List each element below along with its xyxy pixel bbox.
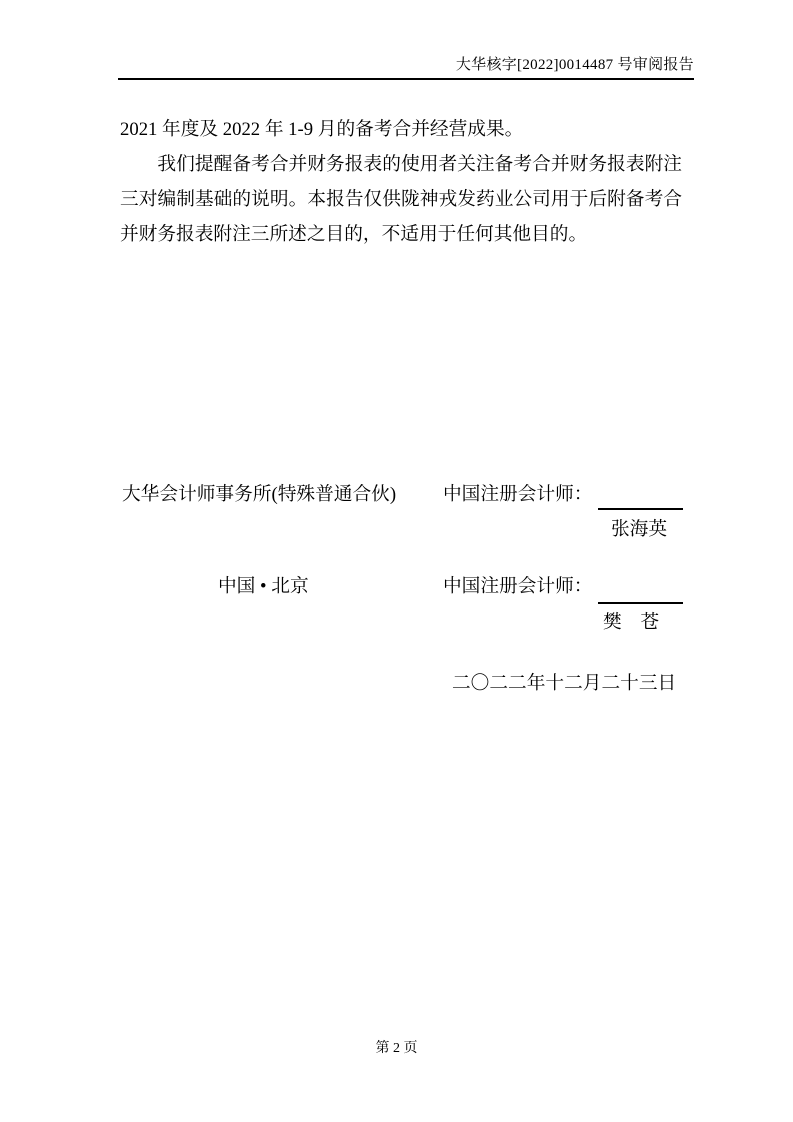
header-doc-number: 大华核字[2022]0014487 号审阅报告 [456, 57, 694, 73]
signature-line-2 [598, 602, 683, 604]
document-page: 大华核字[2022]0014487 号审阅报告 2021 年度及 2022 年 … [0, 0, 793, 1122]
firm-name: 大华会计师事务所(特殊普通合伙) [122, 484, 396, 506]
cpa-name-1: 张海英 [611, 519, 667, 541]
cpa-label-2: 中国注册会计师： [443, 576, 593, 598]
report-date: 二〇二二年十二月二十三日 [452, 673, 676, 695]
signature-line-1 [598, 508, 683, 510]
report-body: 2021 年度及 2022 年 1-9 月的备考合并经营成果。 我们提醒备考合并… [120, 112, 682, 252]
page-footer: 第 2 页 [0, 1040, 793, 1058]
body-paragraph-1: 2021 年度及 2022 年 1-9 月的备考合并经营成果。 [120, 112, 682, 147]
cpa-name-2: 樊 苍 [603, 612, 659, 634]
cpa-label-1: 中国注册会计师： [443, 484, 593, 506]
firm-location: 中国 • 北京 [218, 576, 309, 598]
page-number: 第 2 页 [376, 1041, 418, 1056]
body-paragraph-2: 我们提醒备考合并财务报表的使用者关注备考合并财务报表附注三对编制基础的说明。本报… [120, 147, 682, 252]
page-header: 大华核字[2022]0014487 号审阅报告 [118, 56, 694, 80]
